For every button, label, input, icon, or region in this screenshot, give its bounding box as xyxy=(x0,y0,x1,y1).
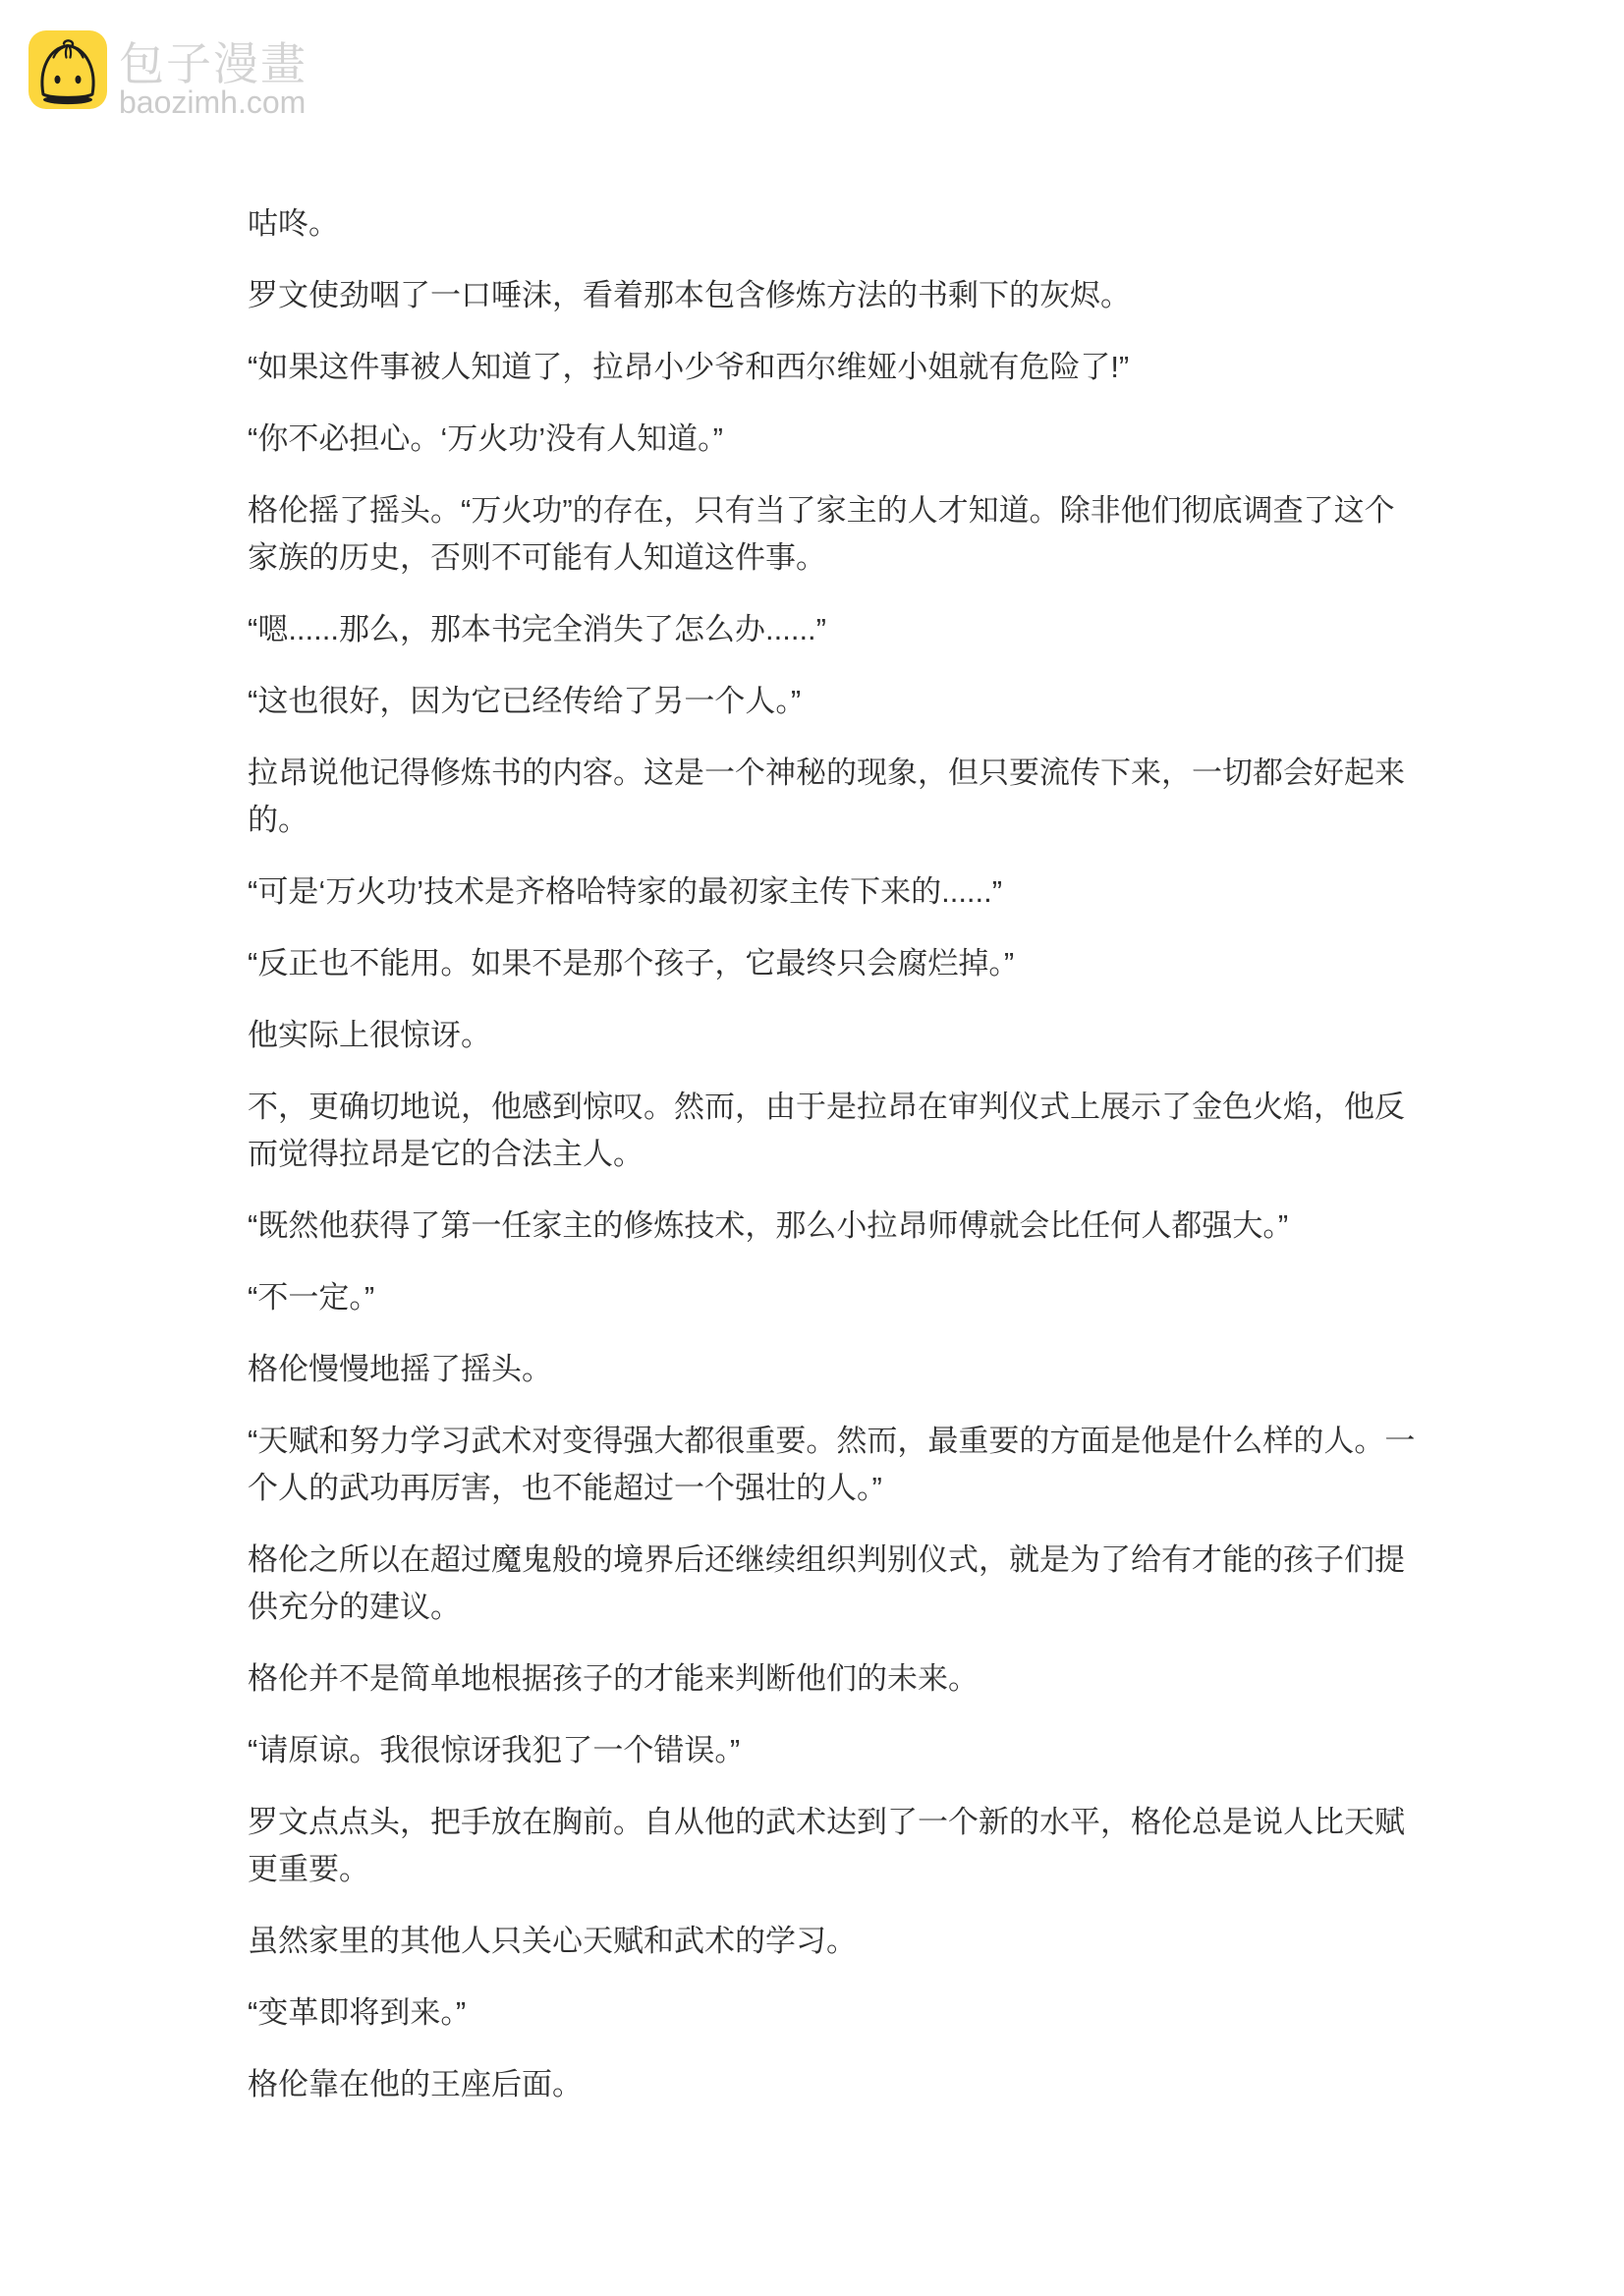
novel-paragraph: “反正也不能用。如果不是那个孩子，它最终只会腐烂掉。” xyxy=(248,940,1422,987)
page: 包子漫畫 baozimh.com 咕咚。罗文使劲咽了一口唾沫，看着那本包含修炼方… xyxy=(0,0,1624,2296)
novel-paragraph: “如果这件事被人知道了，拉昂小少爷和西尔维娅小姐就有危险了!” xyxy=(248,344,1422,391)
novel-paragraph: “天赋和努力学习武术对变得强大都很重要。然而，最重要的方面是他是什么样的人。一个… xyxy=(248,1418,1422,1512)
novel-paragraph: “可是‘万火功’技术是齐格哈特家的最初家主传下来的......” xyxy=(248,868,1422,916)
brand-domain: baozimh.com xyxy=(119,85,308,119)
novel-paragraph: 咕咚。 xyxy=(248,200,1422,248)
novel-paragraph: “嗯......那么，那本书完全消失了怎么办......” xyxy=(248,606,1422,653)
novel-paragraph: 格伦之所以在超过魔鬼般的境界后还继续组织判别仪式，就是为了给有才能的孩子们提供充… xyxy=(248,1537,1422,1631)
novel-paragraph: “你不必担心。‘万火功’没有人知道。” xyxy=(248,416,1422,463)
novel-paragraph: 格伦靠在他的王座后面。 xyxy=(248,2061,1422,2108)
novel-paragraph: “变革即将到来。” xyxy=(248,1989,1422,2037)
novel-paragraph: 虽然家里的其他人只关心天赋和武术的学习。 xyxy=(248,1918,1422,1965)
novel-paragraph: 罗文点点头，把手放在胸前。自从他的武术达到了一个新的水平，格伦总是说人比天赋更重… xyxy=(248,1799,1422,1893)
novel-paragraph: “不一定。” xyxy=(248,1274,1422,1321)
novel-paragraph: 罗文使劲咽了一口唾沫，看着那本包含修炼方法的书剩下的灰烬。 xyxy=(248,272,1422,319)
novel-paragraph: 他实际上很惊讶。 xyxy=(248,1012,1422,1059)
baozi-bun-icon xyxy=(28,30,107,109)
brand-name: 包子漫畫 xyxy=(119,42,308,85)
novel-paragraph: 格伦摇了摇头。“万火功”的存在，只有当了家主的人才知道。除非他们彻底调查了这个家… xyxy=(248,487,1422,582)
novel-text-body: 咕咚。罗文使劲咽了一口唾沫，看着那本包含修炼方法的书剩下的灰烬。“如果这件事被人… xyxy=(248,200,1422,2133)
brand-text: 包子漫畫 baozimh.com xyxy=(119,30,308,119)
novel-paragraph: 不，更确切地说，他感到惊叹。然而，由于是拉昂在审判仪式上展示了金色火焰，他反而觉… xyxy=(248,1084,1422,1178)
novel-paragraph: “请原谅。我很惊讶我犯了一个错误。” xyxy=(248,1727,1422,1774)
novel-paragraph: “既然他获得了第一任家主的修炼技术，那么小拉昂师傅就会比任何人都强大。” xyxy=(248,1203,1422,1250)
novel-paragraph: “这也很好，因为它已经传给了另一个人。” xyxy=(248,678,1422,725)
site-logo[interactable]: 包子漫畫 baozimh.com xyxy=(28,30,308,119)
novel-paragraph: 格伦并不是简单地根据孩子的才能来判断他们的未来。 xyxy=(248,1655,1422,1703)
novel-paragraph: 格伦慢慢地摇了摇头。 xyxy=(248,1346,1422,1393)
novel-paragraph: 拉昂说他记得修炼书的内容。这是一个神秘的现象，但只要流传下来，一切都会好起来的。 xyxy=(248,750,1422,844)
